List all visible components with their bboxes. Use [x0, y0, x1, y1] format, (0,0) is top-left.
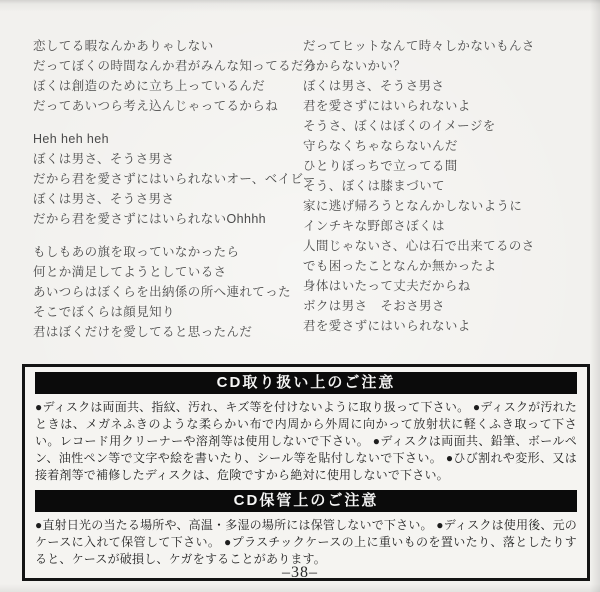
- lyric-line: でも困ったことなんか無かったよ: [303, 256, 582, 276]
- lyric-line: ぼくは男さ、そうさ男さ: [33, 149, 303, 169]
- lyric-line: 恋してる暇なんかありゃしない: [33, 36, 303, 56]
- cd-notice-box: CD取り扱い上のご注意 ●ディスクは両面共、指紋、汚れ、キズ等を付けないように取…: [22, 364, 590, 581]
- lyric-line: 家に逃げ帰ろうとなんかしないように: [303, 196, 582, 216]
- lyric-line: あいつらはぼくらを出納係の所へ連れてった: [33, 282, 303, 302]
- notice-title-storage: CD保管上のご注意: [35, 490, 577, 512]
- lyric-line: そうさ、ぼくはぼくのイメージを: [303, 116, 582, 136]
- booklet-page: 恋してる暇なんかありゃしない だってぼくの時間なんか君がみんな知ってるだろ ぼく…: [0, 0, 600, 592]
- lyric-line: ぼくは男さ、そうさ男さ: [33, 189, 303, 209]
- lyric-line: ひとりぼっちで立ってる間: [303, 156, 582, 176]
- lyric-line: だってぼくの時間なんか君がみんな知ってるだろ: [33, 56, 303, 76]
- lyric-line: だってヒットなんて時々しかないもんさ: [303, 36, 582, 56]
- lyric-line: インチキな野郎さぼくは: [303, 216, 582, 236]
- lyric-line: そう、ぼくは膝まづいて: [303, 176, 582, 196]
- lyric-line: そこでぼくらは顔見知り: [33, 302, 303, 322]
- lyrics-column-right: だってヒットなんて時々しかないもんさ 分からないかい？ ぼくは男さ、そうさ男さ …: [303, 36, 582, 342]
- lyric-line: 君を愛さずにはいられないよ: [303, 96, 582, 116]
- lyric-line: 守らなくちゃならないんだ: [303, 136, 582, 156]
- lyric-line: 身体はいたって丈夫だからね: [303, 276, 582, 296]
- lyric-line: もしもあの旗を取っていなかったら: [33, 242, 303, 262]
- lyrics-section: 恋してる暇なんかありゃしない だってぼくの時間なんか君がみんな知ってるだろ ぼく…: [33, 36, 582, 342]
- lyrics-column-left: 恋してる暇なんかありゃしない だってぼくの時間なんか君がみんな知ってるだろ ぼく…: [33, 36, 303, 342]
- lyric-line: Heh heh heh: [33, 129, 303, 149]
- lyric-line: ボクは男さ そおさ男さ: [303, 296, 582, 316]
- lyric-line: 人間じゃないさ、心は石で出来てるのさ: [303, 236, 582, 256]
- lyric-line: 君を愛さずにはいられないよ: [303, 316, 582, 336]
- lyric-line: 何とか満足してようとしているさ: [33, 262, 303, 282]
- notice-body-handling: ●ディスクは両面共、指紋、汚れ、キズ等を付けないように取り扱って下さい。 ●ディ…: [35, 399, 577, 484]
- lyrics-stanza: 恋してる暇なんかありゃしない だってぼくの時間なんか君がみんな知ってるだろ ぼく…: [33, 36, 303, 116]
- lyric-line: ぼくは男さ、そうさ男さ: [303, 76, 582, 96]
- lyrics-stanza: だってヒットなんて時々しかないもんさ 分からないかい？ ぼくは男さ、そうさ男さ …: [303, 36, 582, 336]
- lyric-line: 分からないかい？: [303, 56, 582, 76]
- page-number: –38–: [0, 564, 600, 582]
- notice-body-storage: ●直射日光の当たる場所や、高温・多湿の場所には保管しないで下さい。 ●ディスクは…: [35, 517, 577, 568]
- lyric-line: だってあいつら考え込んじゃってるからね: [33, 96, 303, 116]
- lyrics-stanza: もしもあの旗を取っていなかったら 何とか満足してようとしているさ あいつらはぼく…: [33, 242, 303, 342]
- lyric-line: 君はぼくだけを愛してると思ったんだ: [33, 322, 303, 342]
- lyrics-stanza: Heh heh heh ぼくは男さ、そうさ男さ だから君を愛さずにはいられないオ…: [33, 129, 303, 229]
- lyric-line: だから君を愛さずにはいられないオー、ベイビー: [33, 169, 303, 189]
- lyric-line: だから君を愛さずにはいられないOhhhh: [33, 209, 303, 229]
- lyric-line: ぼくは創造のために立ち上っているんだ: [33, 76, 303, 96]
- notice-title-handling: CD取り扱い上のご注意: [35, 372, 577, 394]
